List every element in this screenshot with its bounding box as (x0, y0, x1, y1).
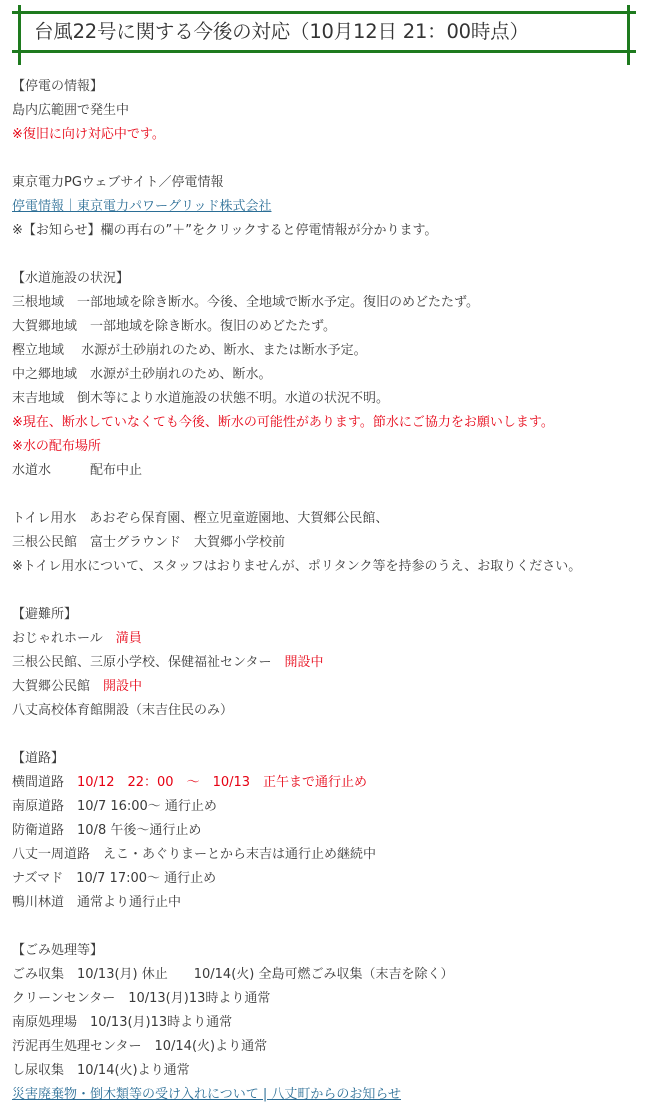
section-heading-roads: 【道路】 (12, 747, 642, 771)
shelter-name: 大賀郷公民館 (12, 679, 103, 694)
blank-line (12, 147, 642, 171)
road-row: 鴨川林道 通常より通行止中 (12, 891, 642, 915)
blank-line (12, 723, 642, 747)
article-body: 【停電の情報】 島内広範囲で発生中 ※復旧に向け対応中です。 東京電力PGウェブ… (12, 75, 642, 1107)
shelter-name: 八丈高校体育館開設（末吉住民のみ） (12, 703, 233, 718)
water-area-row: 大賀郷地域 一部地域を除き断水。復旧のめどたたず。 (12, 315, 642, 339)
water-area-status: 一部地域を除き断水。復旧のめどたたず。 (77, 319, 336, 334)
shelter-row: 八丈高校体育館開設（末吉住民のみ） (12, 699, 642, 723)
toilet-water-locations-1: トイレ用水 あおぞら保育園、樫立児童遊園地、大賀郷公民館、 (12, 507, 642, 531)
title-border-bottom (12, 50, 636, 53)
road-row: 八丈一周道路 えこ・あぐりまーとから末吉は通行止め継続中 (12, 843, 642, 867)
water-distribution-heading: ※水の配布場所 (12, 435, 642, 459)
road-row: 横間道路 10/12 22：00 ～ 10/13 正午まで通行止め (12, 771, 642, 795)
shelter-row: 大賀郷公民館 開設中 (12, 675, 642, 699)
power-status: 島内広範囲で発生中 (12, 99, 642, 123)
tap-water-status: 水道水 配布中止 (12, 459, 642, 483)
road-name: 防衛道路 (12, 823, 77, 838)
water-area-name: 三根地域 (12, 295, 64, 310)
blank-line (12, 483, 642, 507)
road-detail: 10/8 午後～通行止め (77, 823, 201, 838)
power-site-label: 東京電力PGウェブサイト／停電情報 (12, 171, 642, 195)
road-row: 防衛道路 10/8 午後～通行止め (12, 819, 642, 843)
road-name: 八丈一周道路 (12, 847, 103, 862)
waste-item: ごみ収集 10/13(月) 休止 10/14(火) 全島可燃ごみ収集（末吉を除く… (12, 963, 642, 987)
road-detail: えこ・あぐりまーとから末吉は通行止め継続中 (103, 847, 376, 862)
water-warning: ※現在、断水していなくても今後、断水の可能性があります。節水にご協力をお願いしま… (12, 411, 642, 435)
power-alert-note: ※復旧に向け対応中です。 (12, 123, 642, 147)
road-row: ナズマド 10/7 17:00～ 通行止め (12, 867, 642, 891)
shelter-status: 満員 (116, 631, 142, 646)
water-area-name: 中之郷地域 (12, 367, 77, 382)
shelter-row: 三根公民館、三原小学校、保健福祉センター 開設中 (12, 651, 642, 675)
shelter-row: おじゃれホール 満員 (12, 627, 642, 651)
water-area-name: 樫立地域 (12, 343, 64, 358)
toilet-water-locations-2: 三根公民館 富士グラウンド 大賀郷小学校前 (12, 531, 642, 555)
water-area-row: 中之郷地域 水源が土砂崩れのため、断水。 (12, 363, 642, 387)
waste-item: し尿収集 10/14(火)より通常 (12, 1059, 642, 1083)
road-row: 南原道路 10/7 16:00～ 通行止め (12, 795, 642, 819)
water-area-name: 大賀郷地域 (12, 319, 77, 334)
title-border-left (18, 5, 21, 65)
page-title-box: 台風22号に関する今後の対応（10月12日 21：00時点） (0, 0, 645, 70)
road-detail: 10/7 16:00～ 通行止め (77, 799, 217, 814)
page-title: 台風22号に関する今後の対応（10月12日 21：00時点） (34, 14, 529, 50)
blank-line (12, 915, 642, 939)
power-hint: ※【お知らせ】欄の再右の”＋”をクリックすると停電情報が分かります。 (12, 219, 642, 243)
road-detail: 通常より通行止中 (77, 895, 181, 910)
waste-item: 汚泥再生処理センター 10/14(火)より通常 (12, 1035, 642, 1059)
blank-line (12, 243, 642, 267)
shelter-name: おじゃれホール (12, 631, 116, 646)
waste-item: クリーンセンター 10/13(月)13時より通常 (12, 987, 642, 1011)
road-name: 鴨川林道 (12, 895, 77, 910)
water-area-row: 樫立地域 水源が土砂崩れのため、断水、または断水予定。 (12, 339, 642, 363)
toilet-water-note: ※トイレ用水について、スタッフはおりませんが、ポリタンク等を持参のうえ、お取りく… (12, 555, 642, 579)
road-name: 南原道路 (12, 799, 77, 814)
section-heading-waste: 【ごみ処理等】 (12, 939, 642, 963)
water-area-row: 三根地域 一部地域を除き断水。今後、全地域で断水予定。復旧のめどたたず。 (12, 291, 642, 315)
water-area-status: 倒木等により水道施設の状態不明。水道の状況不明。 (64, 391, 389, 406)
water-area-row: 末吉地域 倒木等により水道施設の状態不明。水道の状況不明。 (12, 387, 642, 411)
shelter-status: 開設中 (284, 655, 323, 670)
shelter-status: 開設中 (103, 679, 142, 694)
water-area-status: 水源が土砂崩れのため、断水。 (77, 367, 271, 382)
disaster-waste-link[interactable]: 災害廃棄物・倒木類等の受け入れについて | 八丈町からのお知らせ (12, 1087, 401, 1102)
blank-line (12, 579, 642, 603)
tepco-outage-link[interactable]: 停電情報｜東京電力パワーグリッド株式会社 (12, 199, 271, 214)
road-detail: 10/7 17:00～ 通行止め (76, 871, 216, 886)
section-heading-power: 【停電の情報】 (12, 75, 642, 99)
section-heading-shelters: 【避難所】 (12, 603, 642, 627)
road-detail-alert: 10/12 22：00 ～ 10/13 正午まで通行止め (77, 775, 367, 790)
road-name: 横間道路 (12, 775, 77, 790)
water-area-status: 水源が土砂崩れのため、断水、または断水予定。 (64, 343, 367, 358)
waste-item: 南原処理場 10/13(月)13時より通常 (12, 1011, 642, 1035)
shelter-name: 三根公民館、三原小学校、保健福祉センター (12, 655, 284, 670)
road-name: ナズマド (12, 871, 76, 886)
water-area-name: 末吉地域 (12, 391, 64, 406)
title-border-right (627, 5, 630, 65)
section-heading-water: 【水道施設の状況】 (12, 267, 642, 291)
water-area-status: 一部地域を除き断水。今後、全地域で断水予定。復旧のめどたたず。 (64, 295, 479, 310)
